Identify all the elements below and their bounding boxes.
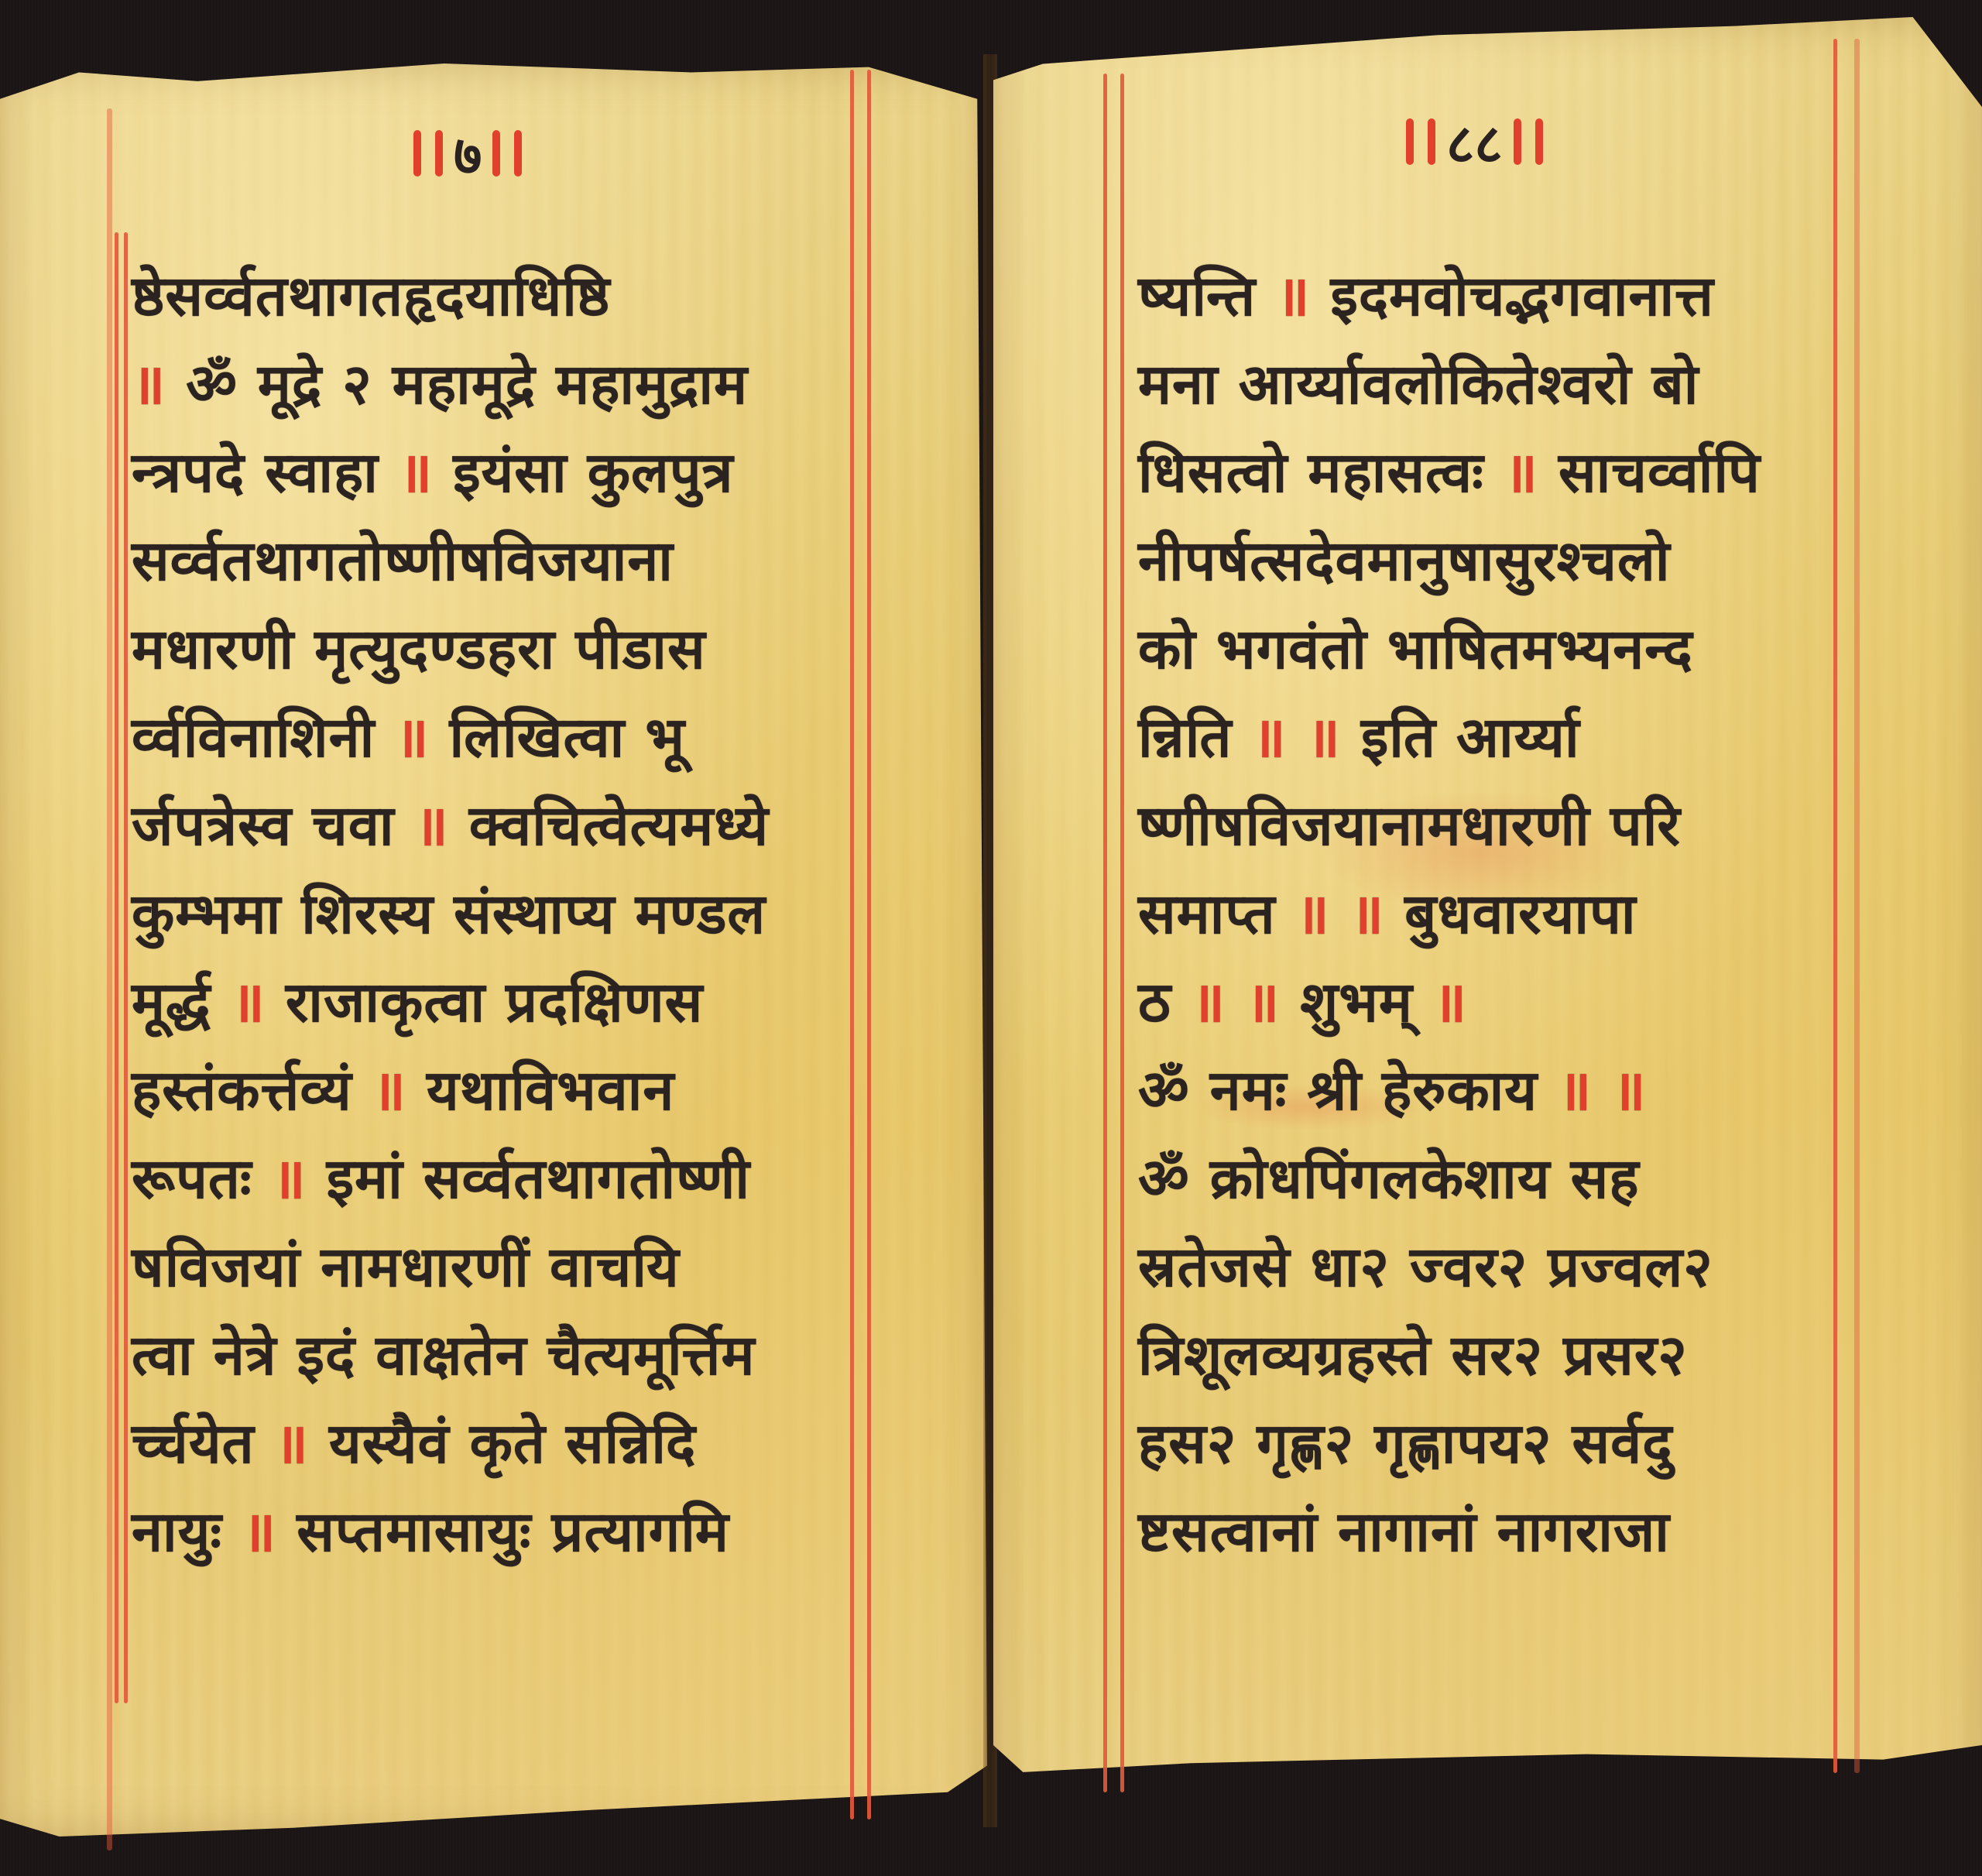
text-line: सर्व्वतथागतोष्णीषविजयाना [132,516,844,605]
text-line: षविजयां नामधारणीं वाचयि [132,1223,844,1311]
text-line: र्च्चयेत ॥ यस्यैवं कृते सन्निदि [132,1399,844,1487]
right-page-left-rule-1 [1103,74,1107,1792]
text-line: ॐ नमः श्री हेरुकाय ॥ ॥ [1138,1046,1835,1134]
text-line: नायुः ॥ सप्तमासायुः प्रत्यागमि [132,1487,844,1576]
text-line: ष्यन्ति ॥ इदमवोचद्भगवानात्त [1138,252,1835,340]
left-page-outer-rule [107,108,112,1850]
text-line: ॥ ॐ मूद्रे २ महामूद्रे महामुद्राम [132,340,844,428]
right-page-outer-rule [1854,39,1860,1773]
text-line: मना आर्य्यावलोकितेश्वरो बो [1138,340,1835,428]
text-line: ष्ठेसर्व्वतथागतहृदयाधिष्ठि [132,252,844,340]
left-page-right-rule-2 [867,70,871,1819]
danda-mark [413,130,421,177]
danda-mark [1428,118,1435,165]
left-page-inner-rule-2 [124,232,128,1703]
left-page-text: ष्ठेसर्व्वतथागतहृदयाधिष्ठि ॥ ॐ मूद्रे २ … [132,252,844,1576]
left-folio-digit: ७ [454,116,482,190]
right-page-left-rule-2 [1120,74,1124,1792]
text-line: र्जपत्रेस्व चवा ॥ क्वचित्वेत्यमध्ये [132,781,844,869]
text-line: न्निति ॥ ॥ इति आर्य्या [1138,693,1835,781]
text-line: समाप्त ॥ ॥ बुधवारयापा [1138,869,1835,958]
text-line: त्रिशूलव्यग्रहस्ते सर२ प्रसर२ [1138,1311,1835,1399]
text-line: ठ ॥ ॥ शुभम् ॥ [1138,958,1835,1046]
text-line: ष्टसत्वानां नागानां नागराजा [1138,1487,1835,1576]
danda-mark [514,130,522,177]
text-line: कुम्भमा शिरस्य संस्थाप्य मण्डल [132,869,844,958]
left-page-right-rule-1 [850,70,854,1819]
text-line: र्व्वविनाशिनी ॥ लिखित्वा भू [132,693,844,781]
danda-mark [435,130,443,177]
text-line: मधारणी मृत्युदण्डहरा पीडास [132,605,844,693]
text-line: को भगवंतो भाषितमभ्यनन्द [1138,605,1835,693]
text-line: स्रतेजसे धा२ ज्वर२ प्रज्वल२ [1138,1223,1835,1311]
danda-mark [492,130,500,177]
right-folio-number: ८८ [1403,105,1546,179]
text-line: ष्णीषविजयानामधारणी परि [1138,781,1835,869]
danda-mark [1406,118,1414,165]
text-line: धिसत्वो महासत्वः ॥ साचर्व्वापि [1138,428,1835,516]
left-page-inner-rule-1 [115,232,118,1703]
left-folio-number: ७ [410,116,525,190]
right-folio-digit: ८८ [1446,105,1503,179]
right-page-text: ष्यन्ति ॥ इदमवोचद्भगवानात्त मना आर्य्याव… [1138,252,1835,1576]
danda-mark [1514,118,1521,165]
text-line: रूपतः ॥ इमां सर्व्वतथागतोष्णी [132,1134,844,1223]
danda-mark [1535,118,1543,165]
text-line: न्त्रपदे स्वाहा ॥ इयंसा कुलपुत्र [132,428,844,516]
text-line: मूर्द्ध ॥ राजाकृत्वा प्रदक्षिणस [132,958,844,1046]
text-line: त्वा नेत्रे इदं वाक्षतेन चैत्यमूर्त्तिम [132,1311,844,1399]
text-line: हस्तंकर्त्तव्यं ॥ यथाविभवान [132,1046,844,1134]
text-line: नीपर्षत्सदेवमानुषासुरश्चलो [1138,516,1835,605]
text-line: ॐ क्रोधपिंगलकेशाय सह [1138,1134,1835,1223]
text-line: हस२ गृह्ण२ गृह्णापय२ सर्वदु [1138,1399,1835,1487]
